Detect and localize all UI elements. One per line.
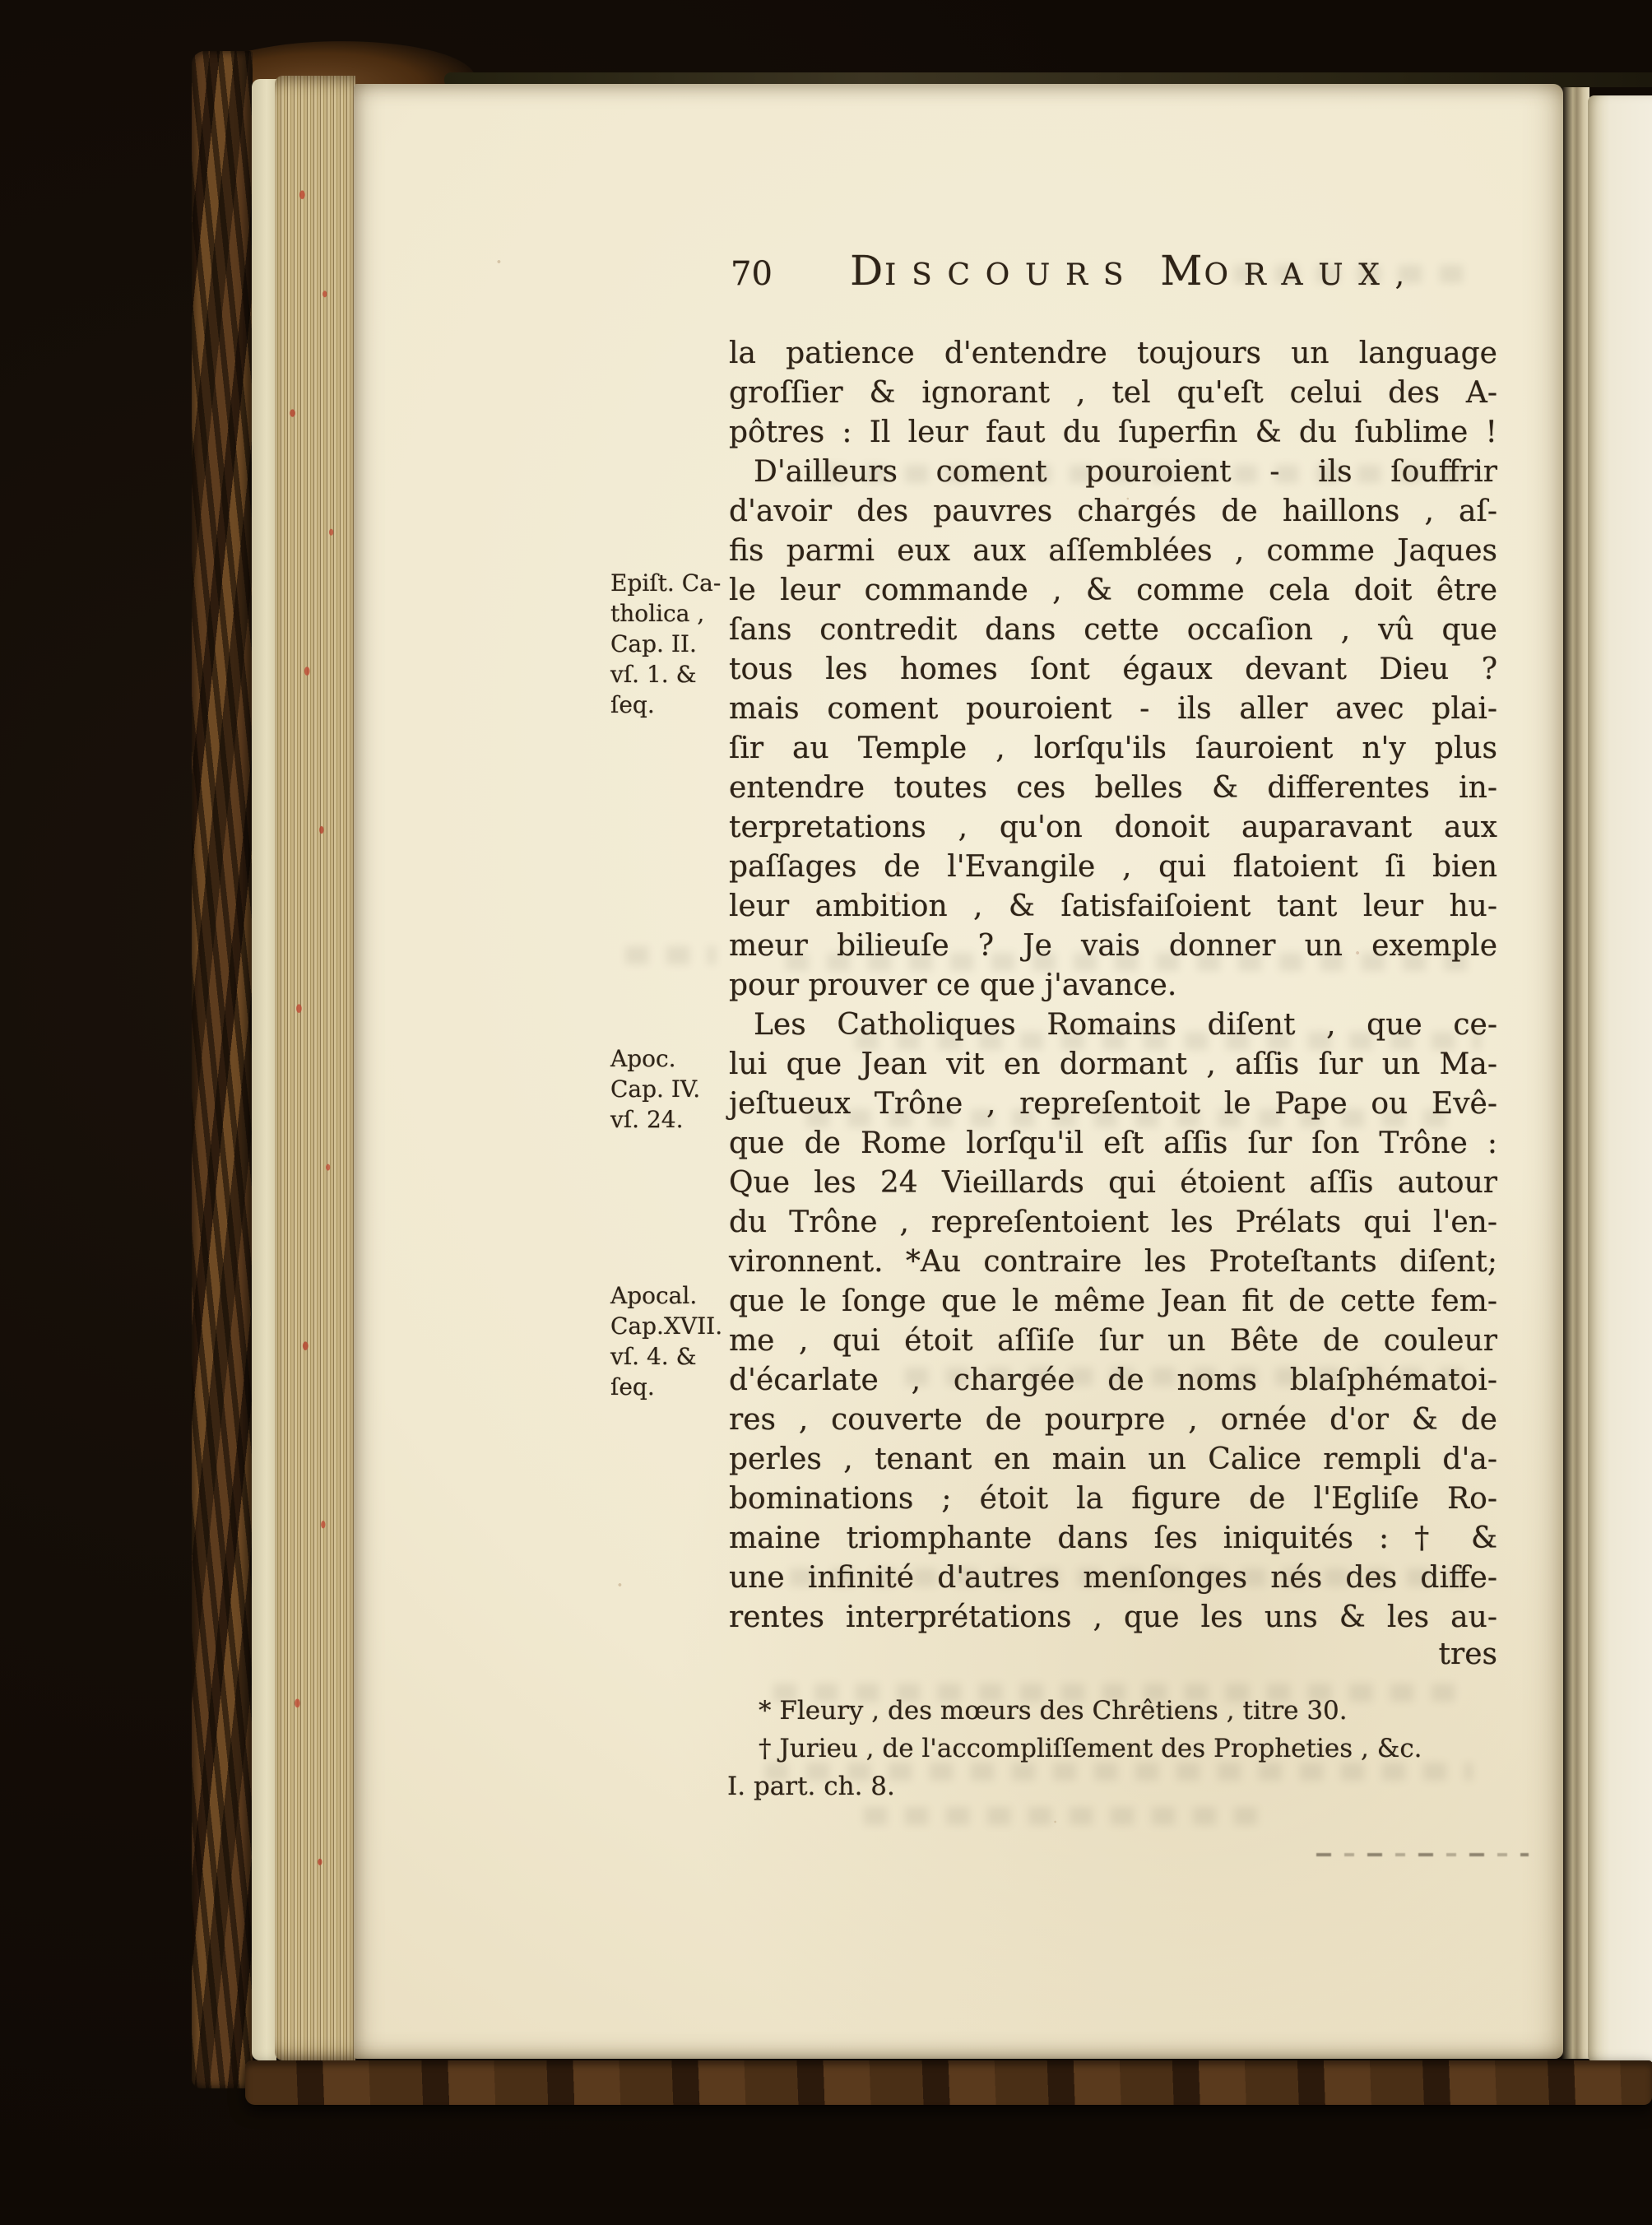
- body-line: vironnent. *Au contraire les Proteſtants…: [729, 1243, 1497, 1282]
- ink-offset-dashes: [1316, 1853, 1529, 1856]
- body-line: jeſtueux Trône , repreſentoit le Pape ou…: [729, 1085, 1497, 1124]
- body-line: bominations ; étoit la figure de l'Egliſ…: [729, 1479, 1497, 1519]
- margin-note-line: vſ. 4. &: [610, 1341, 727, 1372]
- body-line: me , qui étoit aſſiſe ſur un Bête de cou…: [729, 1322, 1497, 1361]
- body-line: que le ſonge que le même Jean fit de cet…: [729, 1282, 1497, 1322]
- body-line: ſir au Temple , lorſqu'ils ſauroient n'y…: [729, 729, 1497, 769]
- margin-note-line: ſeq.: [610, 690, 727, 720]
- body-line: D'ailleurs coment pouroient - ils ſouffr…: [729, 453, 1497, 492]
- margin-note-apocal-xvii: Apocal. Cap.XVII. vſ. 4. & ſeq.: [610, 1280, 727, 1402]
- margin-note-line: Cap. IV.: [610, 1074, 727, 1104]
- margin-note-line: Apocal.: [610, 1280, 727, 1311]
- footnote-jurieu: † Jurieu , de l'accompliſſement des Prop…: [727, 1730, 1550, 1767]
- margin-note-line: Epiſt. Ca-: [610, 568, 727, 598]
- body-line: res , couverte de pourpre , ornée d'or &…: [729, 1400, 1497, 1440]
- page-stack-fore-edge: [275, 76, 355, 2060]
- margin-note-line: vſ. 1. &: [610, 659, 727, 690]
- book-cover-marbled-edge: [192, 51, 253, 2088]
- body-line: d'écarlate , chargée de noms blaſphémato…: [729, 1361, 1497, 1400]
- body-line: leur ambition , & ſatisfaiſoient tant le…: [729, 887, 1497, 927]
- body-line: maine triomphante dans ſes iniquités : †…: [729, 1519, 1497, 1558]
- footnote-jurieu-continued: I. part. ch. 8.: [727, 1767, 1550, 1805]
- body-line: d'avoir des pauvres chargés de haillons …: [729, 492, 1497, 532]
- gutter-crease: [1562, 87, 1589, 2059]
- margin-note-line: tholica ,: [610, 598, 727, 629]
- body-line: une infinité d'autres menſonges nés des …: [729, 1558, 1497, 1598]
- margin-note-line: Cap.XVII.: [610, 1311, 727, 1341]
- under-page-sliver: [252, 79, 276, 2060]
- margin-note-line: vſ. 24.: [610, 1104, 727, 1135]
- body-line: ſans contredit dans cette occaſion , vû …: [729, 611, 1497, 650]
- body-line: tous les homes ſont égaux devant Dieu ?: [729, 650, 1497, 690]
- margin-note-line: Cap. II.: [610, 629, 727, 659]
- body-line: pour prouver ce que j'avance.: [729, 966, 1497, 1006]
- body-line: meur bilieuſe ? Je vais donner un exempl…: [729, 927, 1497, 966]
- title-part-iscours: ISCOURS: [884, 258, 1139, 292]
- margin-note-line: ſeq.: [610, 1372, 727, 1402]
- margin-note-line: Apoc.: [610, 1043, 727, 1074]
- body-line: entendre toutes ces belles & differentes…: [729, 769, 1497, 808]
- body-line: que de Rome lorſqu'il eſt aſſis ſur ſon …: [729, 1124, 1497, 1164]
- body-line: le leur commande , & comme cela doit êtr…: [729, 571, 1497, 611]
- body-line: Que les 24 Vieillards qui étoient aſſis …: [729, 1164, 1497, 1203]
- body-line: mais coment pouroient - ils aller avec p…: [729, 690, 1497, 729]
- title-initial-m: M: [1160, 247, 1204, 295]
- margin-note-epist-catholica: Epiſt. Ca- tholica , Cap. II. vſ. 1. & ſ…: [610, 568, 727, 720]
- body-line: pôtres : Il leur faut du ſuperfin & du ſ…: [729, 413, 1497, 453]
- facing-page-sliver: [1588, 95, 1652, 2062]
- body-line: groſſier & ignorant , tel qu'eſt celui d…: [729, 374, 1497, 413]
- body-line: du Trône , repreſentoient les Prélats qu…: [729, 1203, 1497, 1243]
- title-initial-d: D: [850, 247, 884, 295]
- book-photograph: 70 DISCOURSMORAUX, Epiſt. Ca- tholica , …: [0, 0, 1652, 2225]
- book-cover-bottom-edge: [245, 2060, 1652, 2105]
- running-header: 70 DISCOURSMORAUX,: [731, 247, 1497, 295]
- footnote-fleury: * Fleury , des mœurs des Chrêtiens , tit…: [727, 1692, 1550, 1730]
- body-line: paſſages de l'Evangile , qui flatoient ſ…: [729, 848, 1497, 887]
- title-part-oraux: ORAUX,: [1204, 258, 1419, 292]
- footnotes-block: * Fleury , des mœurs des Chrêtiens , tit…: [727, 1692, 1550, 1805]
- body-line: lui que Jean vit en dormant , aſſis ſur …: [729, 1045, 1497, 1085]
- catchword: tres: [1439, 1637, 1497, 1671]
- body-line: terpretations , qu'on donoit auparavant …: [729, 808, 1497, 848]
- body-line: fis parmi eux aux aſſemblées , comme Jaq…: [729, 532, 1497, 571]
- catchword-row: tres: [729, 1637, 1497, 1671]
- body-line: perles , tenant en main un Calice rempli…: [729, 1440, 1497, 1479]
- page-number: 70: [731, 255, 773, 293]
- body-line: rentes interprétations , que les uns & l…: [729, 1598, 1497, 1637]
- margin-note-apoc-iv: Apoc. Cap. IV. vſ. 24.: [610, 1043, 727, 1135]
- body-line: la patience d'entendre toujours un langu…: [729, 334, 1497, 374]
- body-line: Les Catholiques Romains diſent , que ce-: [729, 1006, 1497, 1045]
- running-title: DISCOURSMORAUX,: [773, 247, 1497, 295]
- body-text-column: la patience d'entendre toujours un langu…: [729, 334, 1497, 1637]
